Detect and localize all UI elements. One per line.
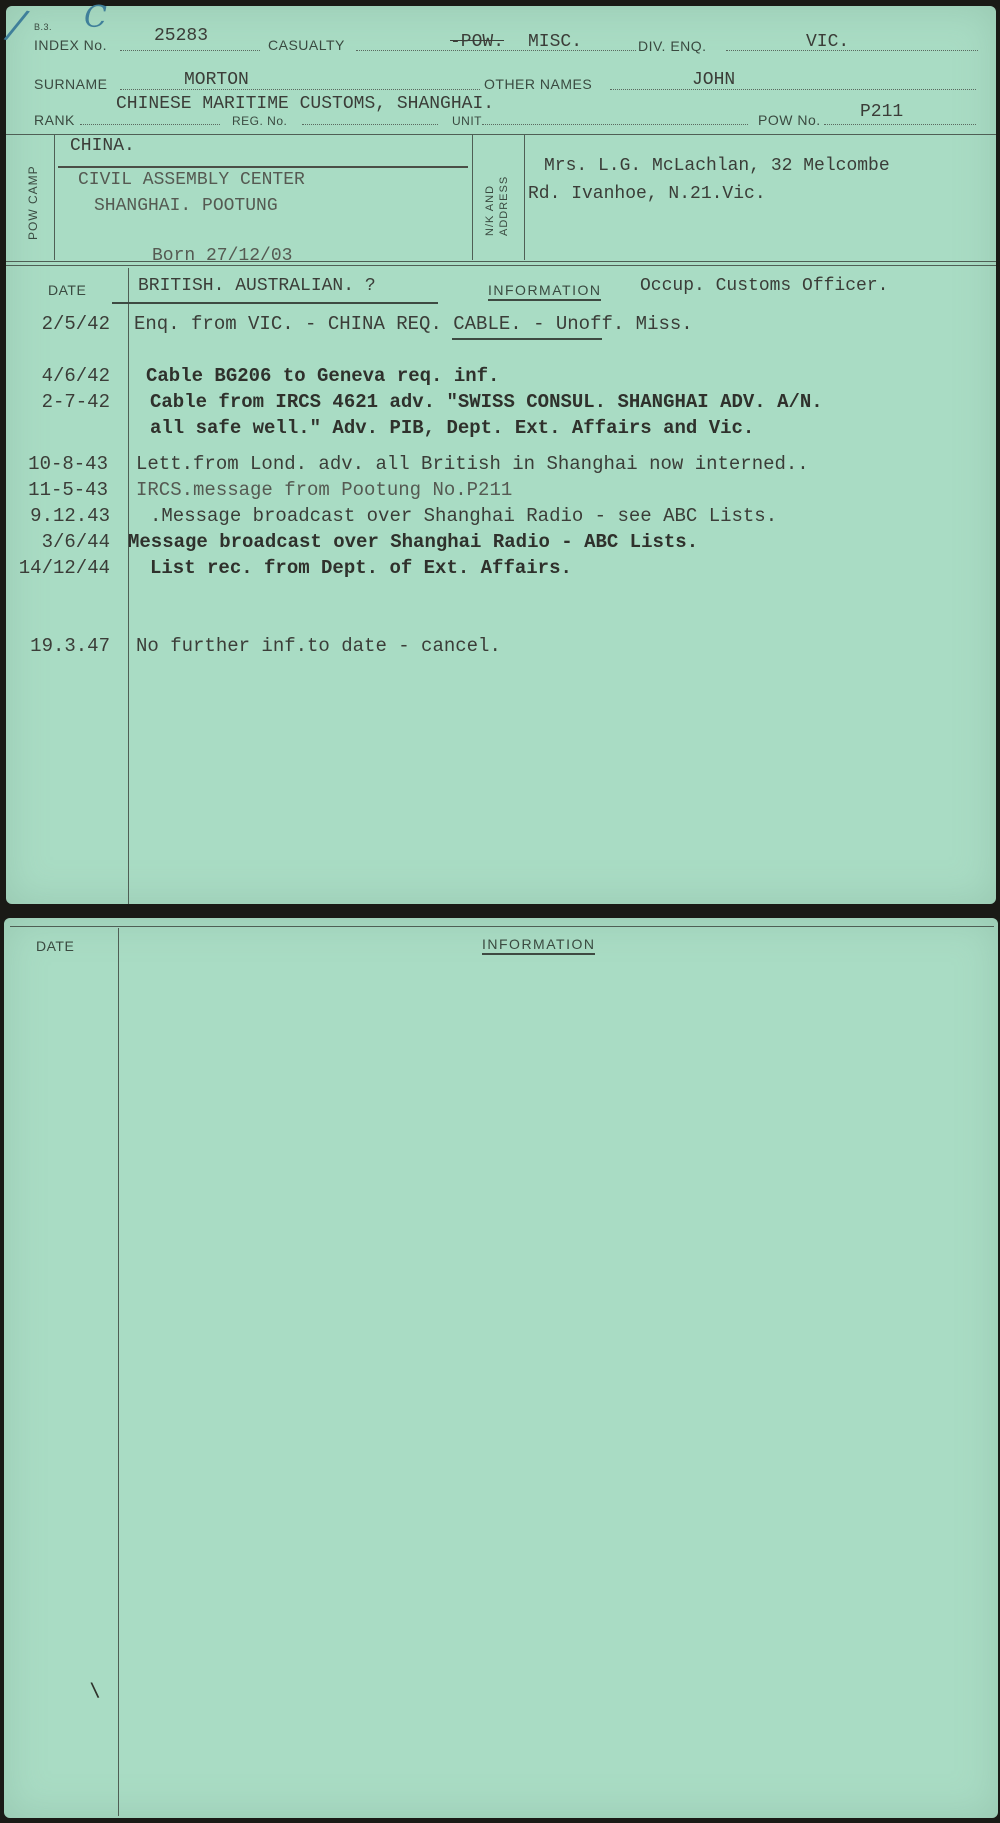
pow-camp-label: POW CAMP [26, 165, 40, 240]
other-names-dotted-line [610, 89, 976, 90]
pow-no-dotted-line [824, 124, 976, 125]
date-column-divider [128, 268, 129, 904]
back-information-label: INFORMATION [482, 936, 595, 955]
nationality-value: BRITISH. AUSTRALIAN. ? [138, 276, 376, 296]
nok-address-line-2: Rd. Ivanhoe, N.21.Vic. [528, 184, 766, 204]
record-card-back: DATE INFORMATION \ [4, 918, 998, 1818]
back-date-column-divider [118, 928, 119, 1816]
entry-text: Cable from IRCS 4621 adv. "SWISS CONSUL.… [150, 390, 823, 414]
camp-typed-underline [58, 166, 468, 168]
entry-date: 3/6/44 [42, 530, 110, 554]
entry-date: 19.3.47 [30, 634, 110, 658]
casualty-struck-value: -POW. [450, 32, 504, 52]
nationality-underline [112, 302, 438, 304]
pen-letter-c: C [84, 0, 107, 35]
camp-label-divider [54, 134, 55, 260]
surname-dotted-line [120, 89, 480, 90]
pow-no-label: POW No. [758, 112, 821, 128]
reg-no-dotted-line [302, 124, 438, 125]
entry-date: 11-5-43 [28, 478, 108, 502]
back-date-label: DATE [36, 938, 74, 954]
nok-label-line-1: N/K AND [484, 185, 497, 236]
record-card-front: / C B.3. INDEX No. 25283 CASUALTY -POW. … [6, 6, 996, 904]
casualty-label: CASUALTY [268, 37, 345, 53]
pen-tick-mark: \ [90, 1678, 101, 1705]
div-enq-label: DIV. ENQ. [638, 38, 707, 54]
nok-label-divider [524, 134, 525, 260]
unit-dotted-line [482, 124, 748, 125]
entry-date: 10-8-43 [28, 452, 108, 476]
entry-text: Cable BG206 to Geneva req. inf. [146, 364, 499, 388]
information-column-label: INFORMATION [488, 282, 601, 301]
div-enq-dotted-line [726, 50, 978, 51]
entry-text: IRCS.message from Pootung No.P211 [136, 478, 512, 502]
casualty-value: MISC. [528, 32, 582, 52]
camp-line-2: CIVIL ASSEMBLY CENTER [78, 170, 305, 190]
entry-text: Lett.from Lond. adv. all British in Shan… [136, 452, 809, 476]
entry-date: 2/5/42 [42, 312, 110, 336]
entry-date: 2-7-42 [42, 390, 110, 414]
pow-no-value: P211 [860, 102, 903, 122]
other-names-value: JOHN [692, 70, 735, 90]
occupation-value: Occup. Customs Officer. [640, 276, 888, 296]
nok-label-line-2: ADDRESS [498, 176, 511, 236]
entry-text: all safe well." Adv. PIB, Dept. Ext. Aff… [150, 416, 754, 440]
camp-bottom-double-rule [6, 261, 996, 266]
back-top-rule [10, 926, 994, 927]
unit-label: UNIT [452, 114, 482, 128]
entry-text: Enq. from VIC. - CHINA REQ. CABLE. - Uno… [134, 312, 693, 336]
camp-line-1: CHINA. [70, 136, 135, 156]
entry-text: Message broadcast over Shanghai Radio - … [128, 530, 698, 554]
index-value: 25283 [154, 26, 208, 46]
rank-dotted-line [80, 124, 220, 125]
other-names-label: OTHER NAMES [484, 76, 592, 92]
rank-unit-value: CHINESE MARITIME CUSTOMS, SHANGHAI. [116, 94, 494, 114]
index-dotted-line [120, 50, 260, 51]
entry-date: 14/12/44 [19, 556, 110, 580]
reg-no-label: REG. No. [232, 114, 287, 128]
entry-text: .Message broadcast over Shanghai Radio -… [150, 504, 777, 528]
surname-label: SURNAME [34, 76, 108, 92]
rank-label: RANK [34, 112, 75, 128]
header-divider [6, 134, 996, 135]
entry-text: No further inf.to date - cancel. [136, 634, 501, 658]
index-label: INDEX No. [34, 37, 107, 53]
date-column-label: DATE [48, 282, 86, 298]
entry-date: 9.12.43 [30, 504, 110, 528]
div-enq-value: VIC. [806, 32, 849, 52]
nok-address-line-1: Mrs. L.G. McLachlan, 32 Melcombe [544, 156, 890, 176]
entry-text: List rec. from Dept. of Ext. Affairs. [150, 556, 572, 580]
entry-date: 4/6/42 [42, 364, 110, 388]
pen-slash-mark: / [5, 1, 28, 49]
camp-nok-divider [472, 134, 473, 260]
camp-line-3: SHANGHAI. POOTUNG [94, 196, 278, 216]
form-code: B.3. [34, 22, 52, 32]
req-cable-underline [452, 338, 602, 340]
surname-value: MORTON [184, 70, 249, 90]
